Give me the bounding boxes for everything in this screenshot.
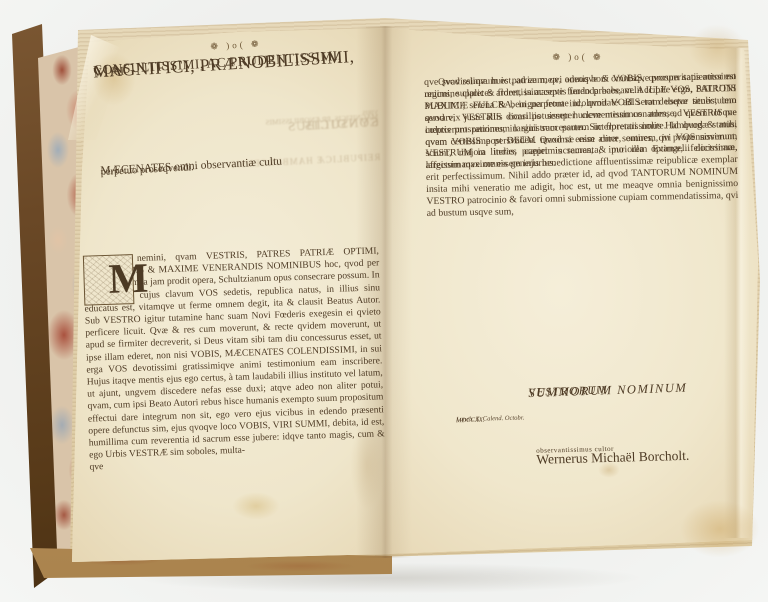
left-page-body: M Ajori jure nemini, qvam VESTRIS, PATRE… xyxy=(83,245,385,462)
foxing-stain xyxy=(688,24,746,72)
drop-cap-initial: M xyxy=(108,255,149,304)
printer-ornament-icon: ❁ )o( ❁ xyxy=(530,52,626,63)
catchword: qve xyxy=(89,461,109,474)
showthrough-line: SYNDICIS xyxy=(302,114,379,134)
foxing-stain xyxy=(232,492,280,520)
foxing-stain xyxy=(680,500,760,558)
drop-cap-woodcut: M xyxy=(83,254,135,306)
dateline-year: MDCCXX. xyxy=(456,417,485,425)
antique-book-photo: VIRIS MAGNIFICIS, PRÆNOBILISSIMIS REIPUB… xyxy=(0,0,768,602)
body-paragraph: Qvod reliqvum est, ad eum, qvi omnis bon… xyxy=(424,71,739,220)
